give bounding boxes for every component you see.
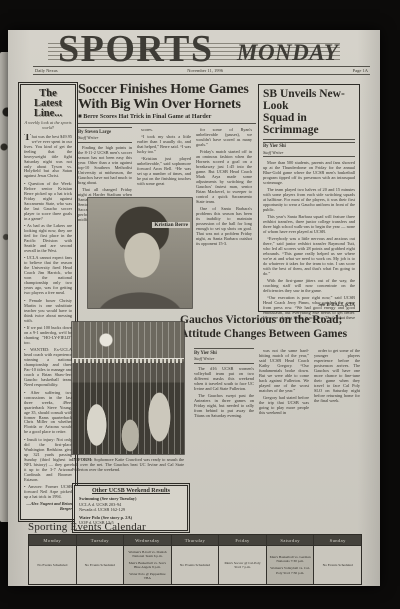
latest-line-signoff: —Alex Nugent and Brian Berger — [24, 501, 72, 511]
masthead-title: SPORTS — [58, 30, 214, 68]
article-paragraph: “Kristian just played unbelievable,” sai… — [137, 156, 191, 186]
soccer-headline-line2: With Big Win Over Hornets — [78, 97, 256, 112]
kristian-berre-photo: Kristian Berre — [88, 198, 192, 308]
jump-line: See B-BALL p.3A — [318, 303, 355, 308]
calendar-event: Water Polo @ Pepperdine TBA — [126, 572, 170, 580]
volleyball-column-2: was not the same hard-hitting match of t… — [259, 348, 309, 524]
newspaper-page: SPORTS MONDAY Daily Nexus November 11, 1… — [8, 30, 380, 586]
article-paragraph: Gregory had stated before the trip that … — [259, 395, 309, 415]
calendar-cell-wednesday: Women's B-ball vs. Danish National Team … — [124, 546, 171, 584]
article-paragraph: Friday's match started off in an ominous… — [196, 149, 252, 204]
calendar-event: Women's B-ball vs. Danish National Team … — [126, 550, 170, 558]
byline-role: Staff Writer — [78, 135, 132, 140]
latest-line-box: The Latest Line... A weekly look at the … — [20, 84, 76, 520]
latest-line-title: The Latest Line... — [24, 89, 72, 119]
article-paragraph: This year's Santa Barbara squad will fea… — [263, 214, 355, 234]
article-paragraph: “I took my shots a little earlier than I… — [137, 134, 191, 154]
basketball-story-box: SB Unveils New-Look Squad in Scrimmage B… — [258, 84, 360, 312]
basketball-byline: By Yier Shi Staff Writer — [263, 142, 355, 158]
calendar-cell-saturday: Men's Basketball vs. German Nationals 7:… — [267, 546, 314, 584]
calendar-event: No Events Scheduled — [78, 563, 122, 567]
basketball-body: More than 500 students, parents and fans… — [263, 160, 355, 322]
calendar-event: Men's Basketball vs. German Nationals 7:… — [268, 555, 312, 563]
latest-line-item: • As bad as the Lakers are looking right… — [24, 223, 72, 253]
latest-line-item: • Question of the Week: Before senior Kr… — [24, 181, 72, 221]
volleyball-net — [72, 358, 184, 363]
latest-line-item: • After suffering two concussions in the… — [24, 390, 72, 435]
masthead-subtitle: MONDAY — [237, 41, 338, 64]
latest-line-item: • Female boxer Christy Martin is one sub… — [24, 298, 72, 323]
calendar-cell-sunday: No Events Scheduled — [314, 546, 361, 584]
latest-line-item: • Insult to injury: Not only did the fir… — [24, 437, 72, 482]
article-paragraph: Finding the high points in the 8-11-2 UC… — [78, 145, 132, 185]
calendar-event: No Events Scheduled — [316, 563, 360, 567]
latest-line-intro: That was the best $49.95 we've ever spen… — [24, 134, 72, 179]
calendar-event: Men's Soccer @ Cal-Poly SLO 7 p.m. — [221, 561, 265, 569]
article-paragraph: With the first-game jitters out of the w… — [263, 278, 355, 293]
result-line: Nevada d. UCSB 162-129 — [79, 507, 183, 513]
soccer-headline: Soccer Finishes Home Games With Big Win … — [78, 82, 256, 112]
article-paragraph: The #16 UCSB women's volleyball team put… — [194, 366, 254, 391]
calendar-event: Men's Basketball vs. Son's Blue Angels 8… — [126, 561, 170, 569]
volleyball-headline-line1: Gauchos Victorious on the Road; — [180, 314, 362, 328]
calendar-cell-thursday: No Events Scheduled — [172, 546, 219, 584]
calendar-title: Sporting Events Calendar — [28, 521, 146, 533]
article-paragraph: order to get some of the younger players… — [314, 348, 360, 403]
article-paragraph: More than 500 students, parents and fans… — [263, 160, 355, 185]
soccer-headline-line1: Soccer Finishes Home Games — [78, 82, 256, 97]
byline-role: Staff Writer — [194, 356, 254, 361]
latest-line-item: • UCLA cannot expect fans to believe tha… — [24, 255, 72, 295]
article-paragraph: scores. — [137, 127, 191, 132]
article-paragraph: The team played two halves of 20 and 15 … — [263, 187, 355, 212]
results-box-title: Other UCSB Weekend Results — [79, 488, 183, 494]
photo-label: Kristian Berre — [152, 222, 190, 228]
volleyball-column-1: By Yier Shi Staff Writer The #16 UCSB wo… — [194, 348, 254, 524]
soccer-subhead: ■ Berre Scores Hat Trick in Final Game a… — [78, 114, 256, 124]
calendar-day-header: Sunday — [314, 535, 361, 545]
latest-line-item: • If we put 100 bucks down on a 9-1 unde… — [24, 325, 72, 345]
basketball-headline-line1: SB Unveils New-Look — [263, 88, 355, 112]
calendar-day-header: Wednesday — [124, 535, 171, 545]
article-paragraph: was not the same hard-hitting match of t… — [259, 348, 309, 393]
basketball-headline-line2: Squad in Scrimmage — [263, 112, 355, 136]
volleyball-headline: Gauchos Victorious on the Road; Attitude… — [180, 314, 362, 341]
soccer-column-3: for some of Ryan's unbelievable (passes)… — [196, 127, 252, 313]
latest-line-tagline: A weekly look at the sports world! — [24, 121, 72, 131]
page-number: Page 1A — [353, 68, 368, 73]
article-paragraph: The Gauchos swept past the Anteaters in … — [194, 393, 254, 418]
calendar-day-header: Tuesday — [77, 535, 124, 545]
volleyball-headline-line2: Attitude Changes Between Games — [180, 328, 362, 342]
calendar-day-header: Friday — [219, 535, 266, 545]
paper-name: Daily Nexus — [35, 68, 58, 73]
volleyball-photo — [72, 322, 184, 454]
calendar-table: Monday Tuesday Wednesday Thursday Friday… — [28, 534, 362, 585]
dateline: Daily Nexus November 11, 1996 Page 1A — [33, 66, 370, 75]
latest-line-item: • WANTED: Ex-UCLA head coach with experi… — [24, 347, 72, 387]
calendar-day-header: Saturday — [267, 535, 314, 545]
article-paragraph: “Everybody was a little nervous and anxi… — [263, 236, 355, 276]
volleyball-column-3: order to get some of the younger players… — [314, 348, 360, 524]
soccer-byline: By Steven Large Staff Writer — [78, 127, 132, 143]
latest-line-item: • Answer: Former UCSB forward Neil Arpe … — [24, 484, 72, 499]
article-paragraph: for some of Ryan's unbelievable (passes)… — [196, 127, 252, 147]
volleyball-caption: IN FORM: Sophomore Katie Crawford was re… — [72, 457, 184, 472]
byline-role: Staff Writer — [263, 150, 355, 155]
volleyball-byline: By Yier Shi Staff Writer — [194, 348, 254, 364]
latest-line-body: That was the best $49.95 we've ever spen… — [24, 134, 72, 526]
calendar-day-header: Thursday — [172, 535, 219, 545]
issue-date: November 11, 1996 — [187, 68, 223, 73]
article-paragraph: One of Santa Barbara's problems this sea… — [196, 206, 252, 246]
results-group-swimming: Swimming (See story Tuesday) UCLA d. UCS… — [79, 496, 183, 513]
calendar-cell-tuesday: No Events Scheduled — [77, 546, 124, 584]
calendar-event: No Events Scheduled — [173, 563, 217, 567]
calendar-event: No Events Scheduled — [31, 563, 75, 567]
calendar-cell-friday: Men's Soccer @ Cal-Poly SLO 7 p.m. — [219, 546, 266, 584]
calendar-day-header: Monday — [29, 535, 76, 545]
basketball-headline: SB Unveils New-Look Squad in Scrimmage — [263, 88, 355, 140]
calendar-cell-monday: No Events Scheduled — [29, 546, 76, 584]
screenshot-root: { "masthead": { "title": "SPORTS", "subt… — [0, 0, 400, 609]
calendar-event: Women's Volleyball vs. Cal-Poly SLO 7:30… — [268, 566, 312, 574]
